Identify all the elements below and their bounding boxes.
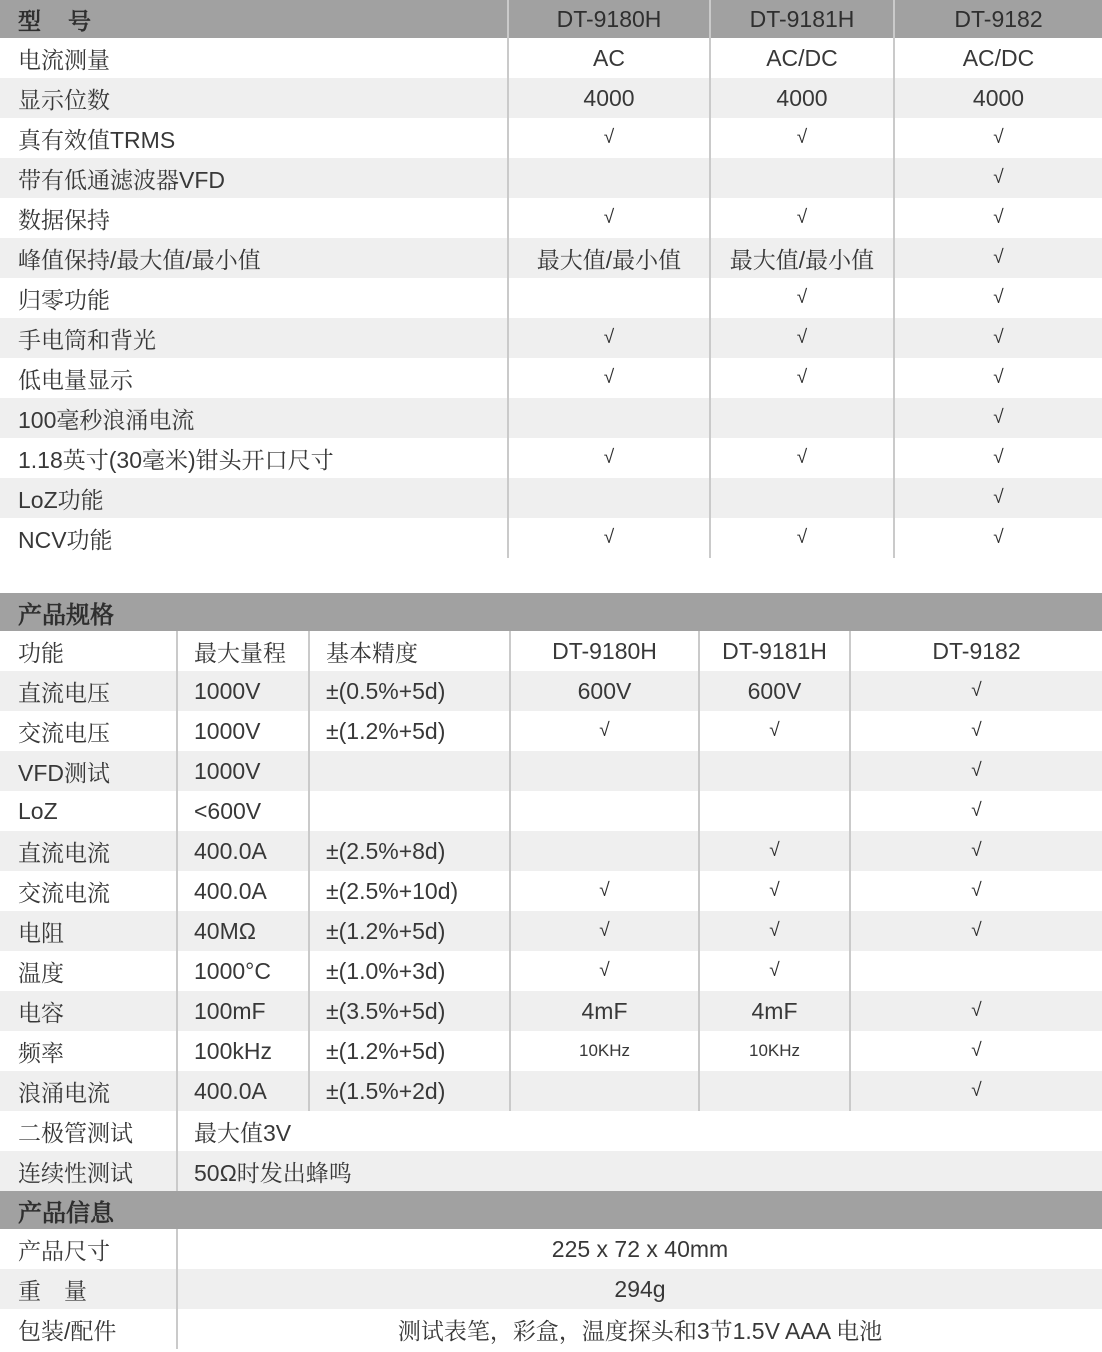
spec-value: √ <box>849 671 1102 711</box>
feature-label: 归零功能 <box>0 278 507 318</box>
spec-value: √ <box>698 951 849 991</box>
spec-accuracy: ±(1.2%+5d) <box>308 911 509 951</box>
feature-row-loz: LoZ功能 √ <box>0 478 1102 518</box>
feature-value: √ <box>893 478 1102 518</box>
spec-range: 1000V <box>176 751 308 791</box>
spec-value: √ <box>509 871 698 911</box>
spec-value <box>509 831 698 871</box>
feature-value: √ <box>893 118 1102 158</box>
spec-value: 4mF <box>698 991 849 1031</box>
spec-label: 交流电流 <box>0 871 176 911</box>
feature-value: √ <box>507 358 709 398</box>
feature-value: AC <box>507 38 709 78</box>
spec-accuracy: ±(3.5%+5d) <box>308 991 509 1031</box>
info-row-packaging: 包装/配件 测试表笔，彩盒，温度探头和3节1.5V AAA 电池 <box>0 1309 1102 1349</box>
spec-value: √ <box>509 711 698 751</box>
feature-value <box>709 158 893 198</box>
spec-row-loz: LoZ <600V √ <box>0 791 1102 831</box>
feature-value: 4000 <box>709 78 893 118</box>
feature-value: 4000 <box>507 78 709 118</box>
feature-label: 带有低通滤波器VFD <box>0 158 507 198</box>
spec-value: √ <box>849 871 1102 911</box>
spec-value: 10KHz <box>509 1031 698 1071</box>
feature-row-display-digits: 显示位数 4000 4000 4000 <box>0 78 1102 118</box>
spec-col-dt9181h: DT-9181H <box>698 631 849 671</box>
spec-table-header-row: 功能 最大量程 基本精度 DT-9180H DT-9181H DT-9182 <box>0 631 1102 671</box>
feature-value <box>507 158 709 198</box>
spec-value: √ <box>849 791 1102 831</box>
feature-label: 数据保持 <box>0 198 507 238</box>
spec-value: 600V <box>509 671 698 711</box>
feature-row-zero: 归零功能 √ √ <box>0 278 1102 318</box>
spec-accuracy: ±(1.2%+5d) <box>308 1031 509 1071</box>
feature-row-flashlight: 手电筒和背光 √ √ √ <box>0 318 1102 358</box>
spec-span-value: 最大值3V <box>176 1111 1102 1151</box>
spec-label: 电容 <box>0 991 176 1031</box>
spec-label: 直流电流 <box>0 831 176 871</box>
spec-value: √ <box>698 711 849 751</box>
info-table: 产品尺寸 225 x 72 x 40mm 重 量 294g 包装/配件 测试表笔… <box>0 1229 1102 1349</box>
spec-row-vfd-test: VFD测试 1000V √ <box>0 751 1102 791</box>
model-name-dt9180h: DT-9180H <box>507 0 709 38</box>
feature-label: 电流测量 <box>0 38 507 78</box>
section-title-specs: 产品规格 <box>0 593 1102 631</box>
spec-table-body: 直流电压 1000V ±(0.5%+5d) 600V 600V √ 交流电压 1… <box>0 671 1102 1191</box>
spec-range: 100mF <box>176 991 308 1031</box>
feature-value: √ <box>709 318 893 358</box>
spec-row-dc-voltage: 直流电压 1000V ±(0.5%+5d) 600V 600V √ <box>0 671 1102 711</box>
spec-col-dt9182: DT-9182 <box>849 631 1102 671</box>
feature-value <box>507 278 709 318</box>
model-table-body: 电流测量 AC AC/DC AC/DC 显示位数 4000 4000 4000 … <box>0 38 1102 558</box>
info-label: 包装/配件 <box>0 1309 176 1349</box>
feature-row-ncv: NCV功能 √ √ √ <box>0 518 1102 558</box>
feature-value: √ <box>709 438 893 478</box>
spec-range: 1000V <box>176 671 308 711</box>
spec-row-ac-voltage: 交流电压 1000V ±(1.2%+5d) √ √ √ <box>0 711 1102 751</box>
feature-value: √ <box>893 398 1102 438</box>
feature-value: √ <box>893 198 1102 238</box>
feature-value: 4000 <box>893 78 1102 118</box>
spec-value: √ <box>509 951 698 991</box>
spec-row-continuity-test: 连续性测试 50Ω时发出蜂鸣 <box>0 1151 1102 1191</box>
spec-accuracy: ±(1.2%+5d) <box>308 711 509 751</box>
feature-value <box>507 478 709 518</box>
spec-value: √ <box>509 911 698 951</box>
spec-label: 直流电压 <box>0 671 176 711</box>
spec-row-inrush-current: 浪涌电流 400.0A ±(1.5%+2d) √ <box>0 1071 1102 1111</box>
spec-range: 40MΩ <box>176 911 308 951</box>
spec-range: 400.0A <box>176 1071 308 1111</box>
feature-row-data-hold: 数据保持 √ √ √ <box>0 198 1102 238</box>
spec-label: 二极管测试 <box>0 1111 176 1151</box>
feature-label: 1.18英寸(30毫米)钳头开口尺寸 <box>0 438 507 478</box>
spec-col-function: 功能 <box>0 631 176 671</box>
model-table-header-row: 型 号 DT-9180H DT-9181H DT-9182 <box>0 0 1102 38</box>
spec-label: 连续性测试 <box>0 1151 176 1191</box>
spec-row-diode-test: 二极管测试 最大值3V <box>0 1111 1102 1151</box>
spec-value: √ <box>849 991 1102 1031</box>
feature-value: √ <box>709 278 893 318</box>
spec-accuracy: ±(1.0%+3d) <box>308 951 509 991</box>
feature-label: NCV功能 <box>0 518 507 558</box>
feature-label: 手电筒和背光 <box>0 318 507 358</box>
feature-label: 峰值保持/最大值/最小值 <box>0 238 507 278</box>
feature-value: √ <box>507 518 709 558</box>
feature-label: 真有效值TRMS <box>0 118 507 158</box>
spec-row-capacitance: 电容 100mF ±(3.5%+5d) 4mF 4mF √ <box>0 991 1102 1031</box>
spec-value: √ <box>849 831 1102 871</box>
feature-value: √ <box>507 318 709 358</box>
spec-value <box>698 791 849 831</box>
spec-value: 10KHz <box>698 1031 849 1071</box>
spec-accuracy: ±(2.5%+10d) <box>308 871 509 911</box>
spec-col-accuracy: 基本精度 <box>308 631 509 671</box>
spec-value: √ <box>849 911 1102 951</box>
spec-value: 600V <box>698 671 849 711</box>
info-label: 重 量 <box>0 1269 176 1309</box>
spec-value <box>509 791 698 831</box>
feature-row-inrush: 100毫秒浪涌电流 √ <box>0 398 1102 438</box>
spec-label: 浪涌电流 <box>0 1071 176 1111</box>
spec-range: 1000V <box>176 711 308 751</box>
feature-value: 最大值/最小值 <box>507 238 709 278</box>
spec-table: 功能 最大量程 基本精度 DT-9180H DT-9181H DT-9182 直… <box>0 631 1102 1191</box>
spec-value: √ <box>698 871 849 911</box>
info-row-weight: 重 量 294g <box>0 1269 1102 1309</box>
feature-label: 显示位数 <box>0 78 507 118</box>
spec-value: √ <box>849 711 1102 751</box>
feature-value: √ <box>893 318 1102 358</box>
info-value: 225 x 72 x 40mm <box>176 1229 1102 1269</box>
feature-row-jaw-size: 1.18英寸(30毫米)钳头开口尺寸 √ √ √ <box>0 438 1102 478</box>
spec-value: √ <box>698 911 849 951</box>
spec-row-frequency: 频率 100kHz ±(1.2%+5d) 10KHz 10KHz √ <box>0 1031 1102 1071</box>
spec-range: 100kHz <box>176 1031 308 1071</box>
spec-value: √ <box>849 1031 1102 1071</box>
feature-row-peak-hold: 峰值保持/最大值/最小值 最大值/最小值 最大值/最小值 √ <box>0 238 1102 278</box>
spec-range: 1000°C <box>176 951 308 991</box>
feature-value: √ <box>709 358 893 398</box>
spec-row-dc-current: 直流电流 400.0A ±(2.5%+8d) √ √ <box>0 831 1102 871</box>
info-row-dimensions: 产品尺寸 225 x 72 x 40mm <box>0 1229 1102 1269</box>
feature-label: 低电量显示 <box>0 358 507 398</box>
feature-value: √ <box>507 118 709 158</box>
feature-value <box>709 478 893 518</box>
spec-value: √ <box>849 751 1102 791</box>
spec-value <box>698 1071 849 1111</box>
feature-value <box>507 398 709 438</box>
feature-value: √ <box>893 278 1102 318</box>
feature-row-current-measure: 电流测量 AC AC/DC AC/DC <box>0 38 1102 78</box>
spec-value: 4mF <box>509 991 698 1031</box>
spec-label: 温度 <box>0 951 176 991</box>
spec-accuracy <box>308 751 509 791</box>
spec-label: VFD测试 <box>0 751 176 791</box>
feature-value: √ <box>893 438 1102 478</box>
feature-value: AC/DC <box>709 38 893 78</box>
spec-value <box>509 751 698 791</box>
spec-value: √ <box>698 831 849 871</box>
feature-value <box>709 398 893 438</box>
feature-value: √ <box>507 198 709 238</box>
feature-label: LoZ功能 <box>0 478 507 518</box>
feature-value: √ <box>893 518 1102 558</box>
feature-value: 最大值/最小值 <box>709 238 893 278</box>
feature-row-vfd-filter: 带有低通滤波器VFD √ <box>0 158 1102 198</box>
info-label: 产品尺寸 <box>0 1229 176 1269</box>
model-header-label: 型 号 <box>0 0 507 38</box>
feature-row-low-battery: 低电量显示 √ √ √ <box>0 358 1102 398</box>
product-spec-sheet: 型 号 DT-9180H DT-9181H DT-9182 电流测量 AC AC… <box>0 0 1102 1352</box>
spec-label: LoZ <box>0 791 176 831</box>
spec-col-dt9180h: DT-9180H <box>509 631 698 671</box>
spec-label: 电阻 <box>0 911 176 951</box>
spec-span-value: 50Ω时发出蜂鸣 <box>176 1151 1102 1191</box>
spec-range: 400.0A <box>176 871 308 911</box>
feature-value: √ <box>709 118 893 158</box>
spec-value <box>509 1071 698 1111</box>
feature-value: √ <box>507 438 709 478</box>
feature-value: √ <box>709 198 893 238</box>
spec-value: √ <box>849 1071 1102 1111</box>
spec-accuracy: ±(0.5%+5d) <box>308 671 509 711</box>
spec-range: 400.0A <box>176 831 308 871</box>
feature-value: √ <box>709 518 893 558</box>
spec-accuracy <box>308 791 509 831</box>
spec-value <box>698 751 849 791</box>
feature-value: AC/DC <box>893 38 1102 78</box>
spec-row-ac-current: 交流电流 400.0A ±(2.5%+10d) √ √ √ <box>0 871 1102 911</box>
section-title-info: 产品信息 <box>0 1191 1102 1229</box>
feature-value: √ <box>893 238 1102 278</box>
info-value: 测试表笔，彩盒，温度探头和3节1.5V AAA 电池 <box>176 1309 1102 1349</box>
feature-value: √ <box>893 358 1102 398</box>
spec-label: 频率 <box>0 1031 176 1071</box>
spec-accuracy: ±(1.5%+2d) <box>308 1071 509 1111</box>
spec-range: <600V <box>176 791 308 831</box>
feature-row-trms: 真有效值TRMS √ √ √ <box>0 118 1102 158</box>
feature-label: 100毫秒浪涌电流 <box>0 398 507 438</box>
spec-accuracy: ±(2.5%+8d) <box>308 831 509 871</box>
model-name-dt9182: DT-9182 <box>893 0 1102 38</box>
spec-value <box>849 951 1102 991</box>
model-name-dt9181h: DT-9181H <box>709 0 893 38</box>
spec-label: 交流电压 <box>0 711 176 751</box>
spec-row-resistance: 电阻 40MΩ ±(1.2%+5d) √ √ √ <box>0 911 1102 951</box>
spec-row-temperature: 温度 1000°C ±(1.0%+3d) √ √ <box>0 951 1102 991</box>
feature-value: √ <box>893 158 1102 198</box>
info-value: 294g <box>176 1269 1102 1309</box>
model-comparison-table: 型 号 DT-9180H DT-9181H DT-9182 电流测量 AC AC… <box>0 0 1102 558</box>
spec-col-max-range: 最大量程 <box>176 631 308 671</box>
